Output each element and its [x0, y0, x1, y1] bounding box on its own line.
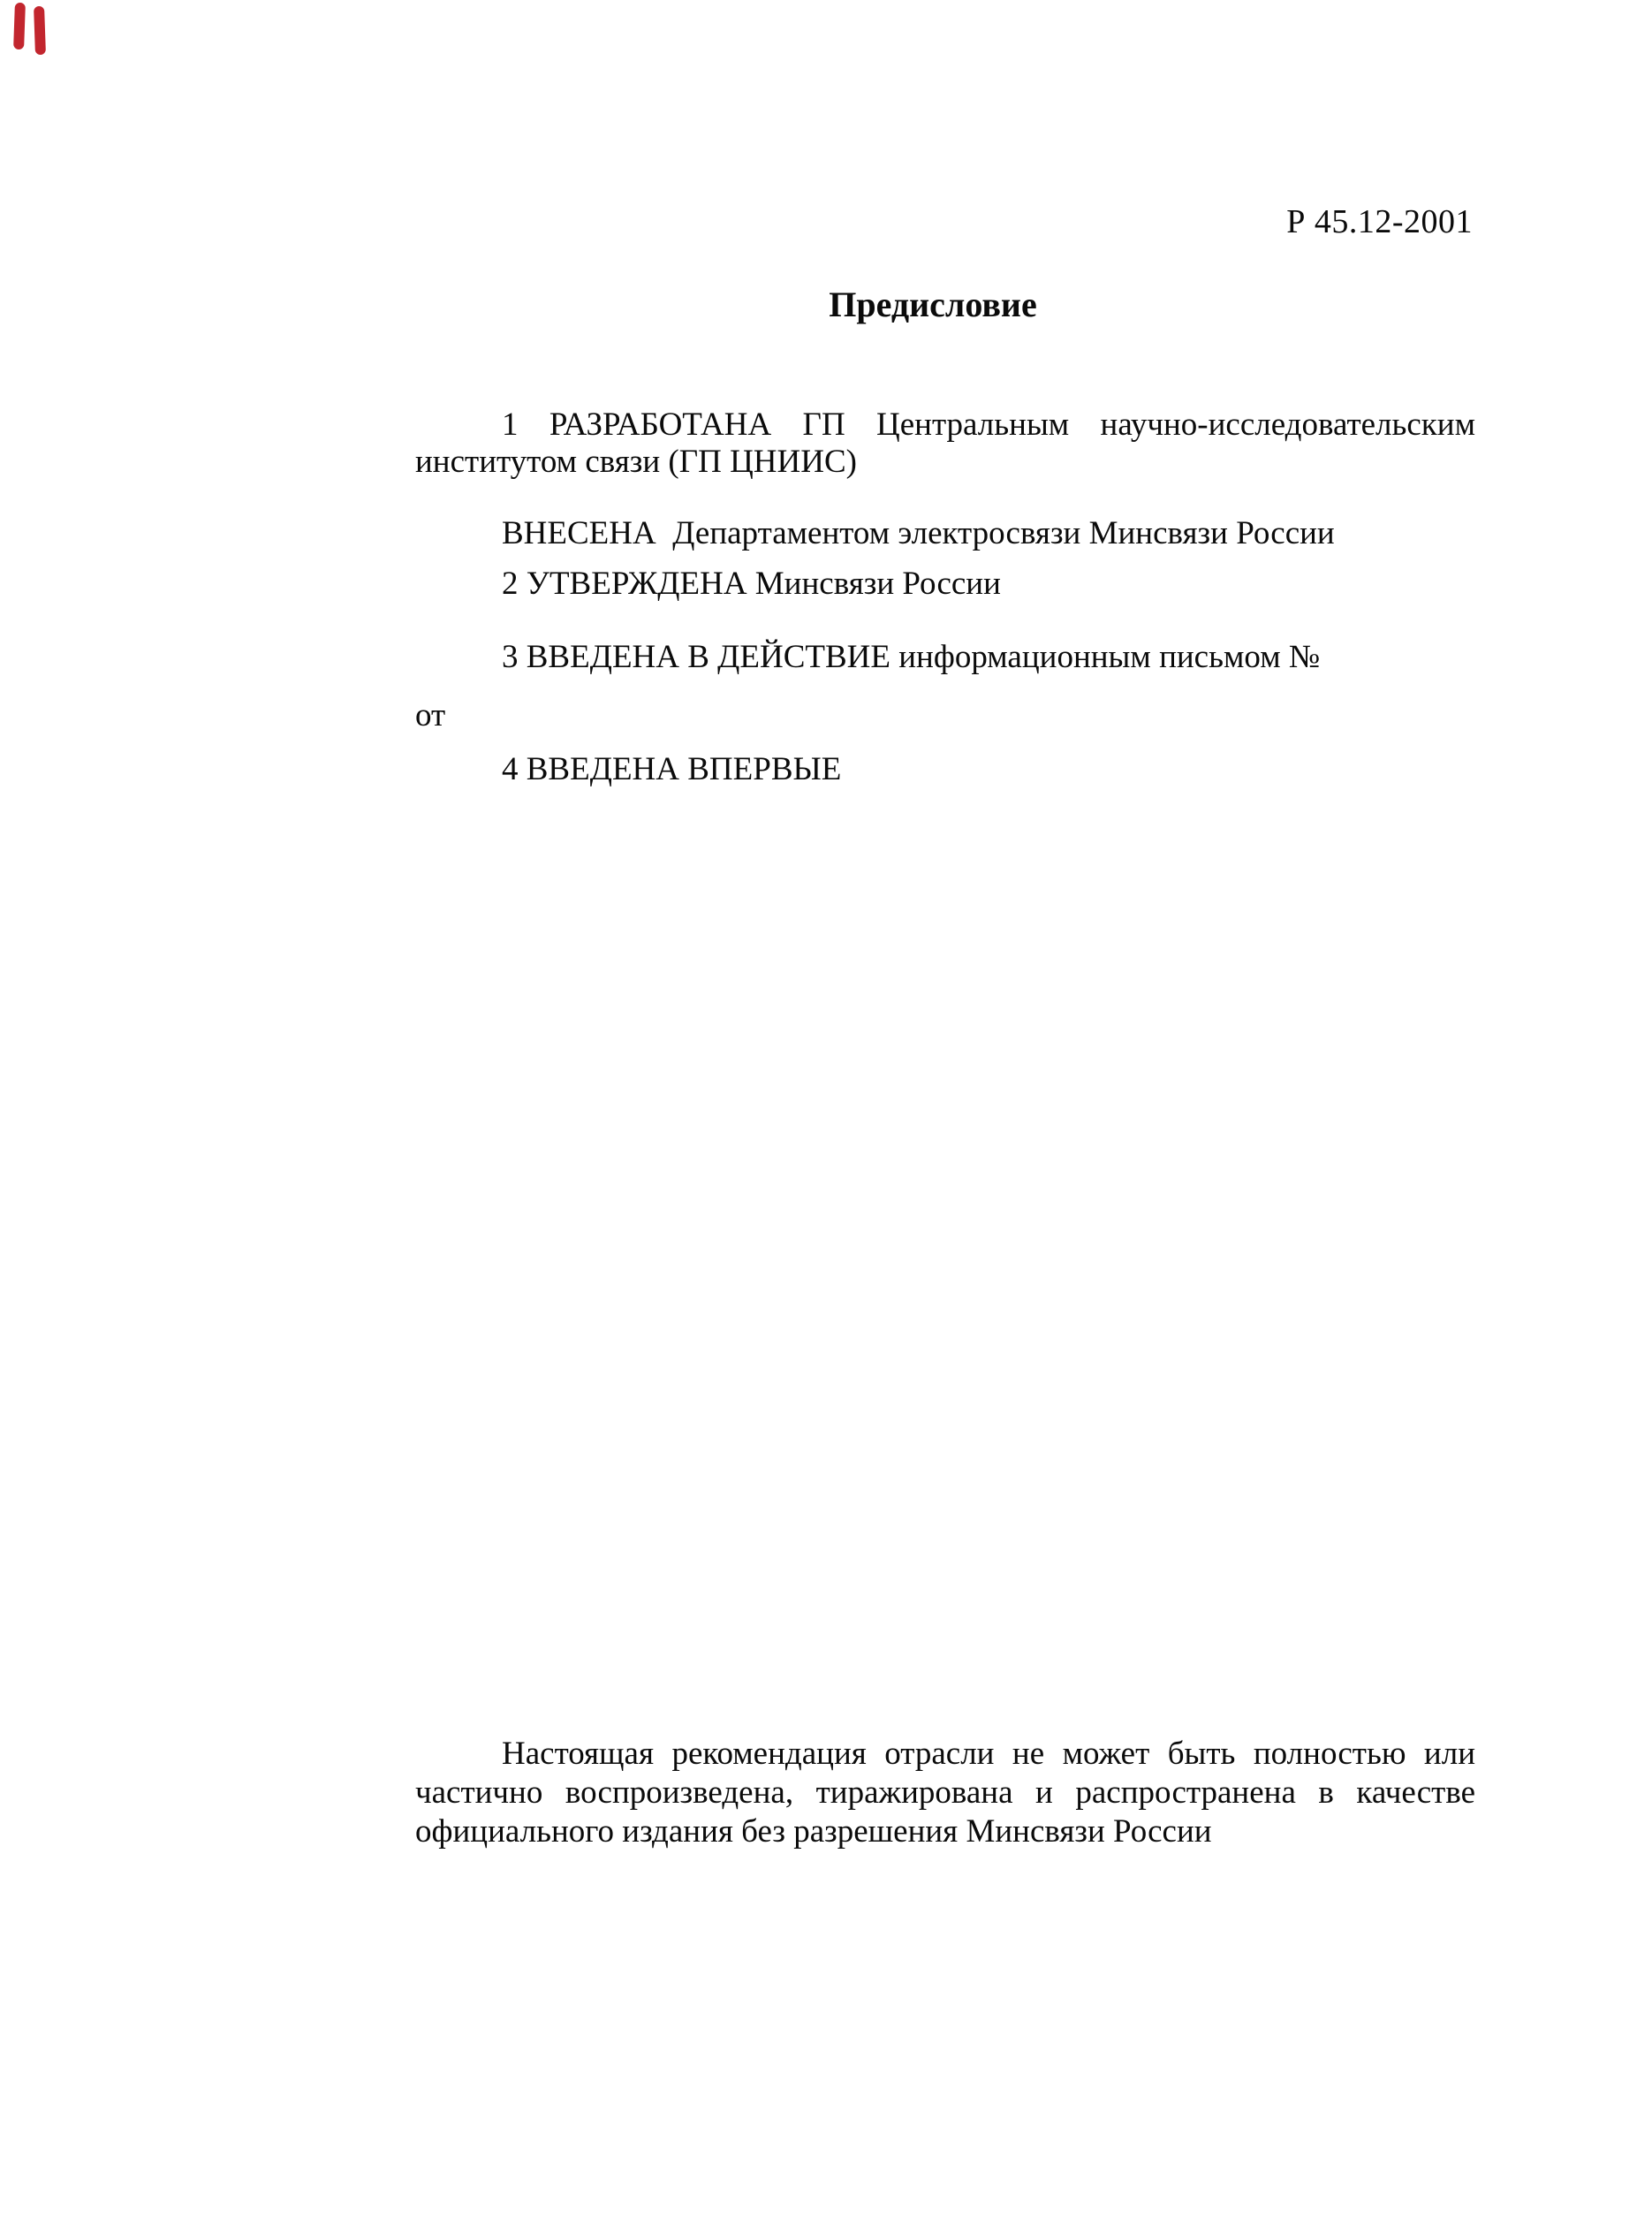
- document-page: Р 45.12-2001 Предисловие 1 РАЗРАБОТАНА Г…: [0, 0, 1652, 2226]
- preface-item1-vnesena: ВНЕСЕНА Департаментом электросвязи Минсв…: [415, 514, 1475, 553]
- page-title: Предисловие: [415, 284, 1475, 326]
- red-pen-mark: [34, 6, 46, 55]
- copyright-line1: Настоящая рекомендация отрасли не может …: [415, 1735, 1475, 1774]
- copyright-line2: частично воспроизведена, тиражирована и …: [415, 1774, 1475, 1812]
- doc-number: Р 45.12-2001: [1286, 202, 1473, 241]
- copyright-line3: официального издания без разрешения Минс…: [415, 1812, 1475, 1851]
- preface-item3-continuation: от: [415, 696, 1475, 735]
- copyright-notice: Настоящая рекомендация отрасли не может …: [415, 1735, 1475, 1851]
- preface-item3: 3 ВВЕДЕНА В ДЕЙСТВИЕ информационным пись…: [415, 638, 1475, 677]
- red-pen-mark: [13, 3, 26, 49]
- preface-item1-line1: 1 РАЗРАБОТАНА ГП Центральным научно-иссл…: [415, 406, 1475, 444]
- preface-item1-line2: институтом связи (ГП ЦНИИС): [415, 443, 1475, 482]
- preface-item2: 2 УТВЕРЖДЕНА Минсвязи России: [415, 565, 1475, 604]
- preface-item4: 4 ВВЕДЕНА ВПЕРВЫЕ: [415, 750, 1475, 789]
